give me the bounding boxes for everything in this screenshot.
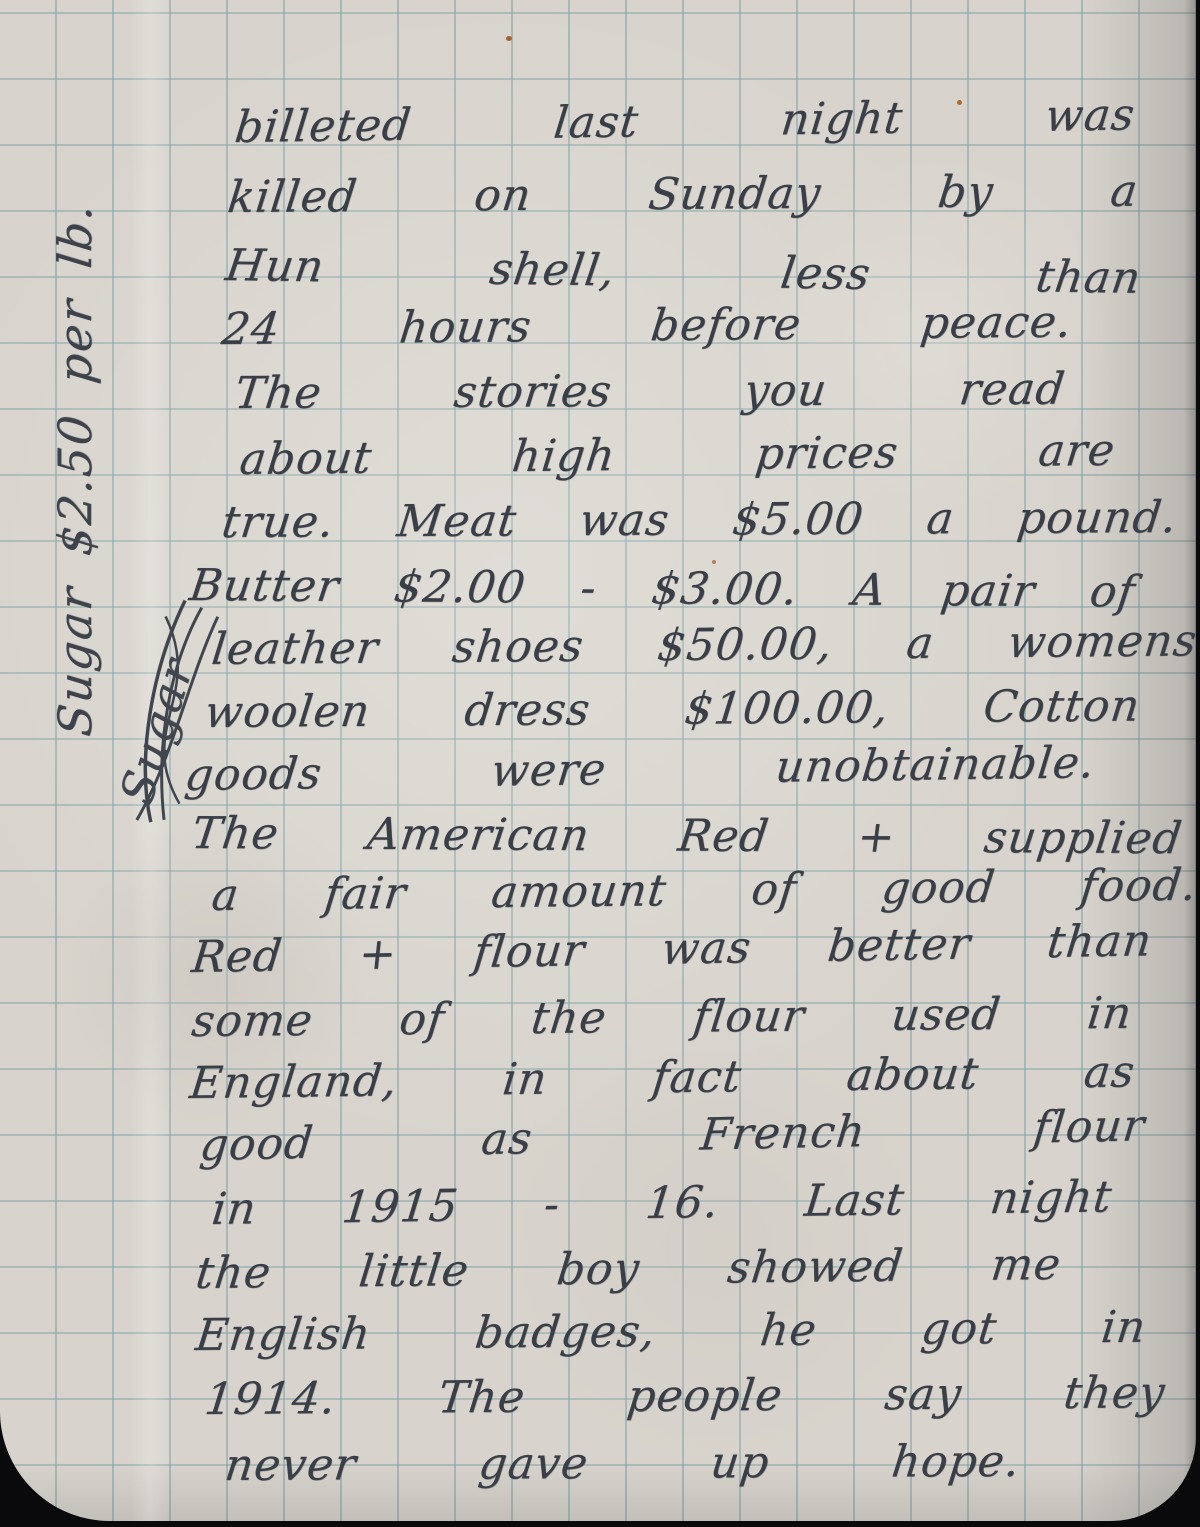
handwriting-line: The American Red + supplied (188, 806, 1185, 867)
handwriting-line: some of the flour used in (189, 986, 1135, 1050)
handwriting-line: The stories you read (232, 362, 1069, 422)
handwriting-line: leather shoes $50.00, a womens (209, 613, 1196, 678)
handwriting-line: about high prices are (237, 423, 1118, 488)
handwriting-line: 1914. The people say they (202, 1365, 1168, 1428)
handwriting-line: 24 hours before peace. (219, 295, 1075, 358)
paper-speck (506, 36, 512, 41)
handwriting-line: the little boy showed me (193, 1237, 1064, 1302)
handwriting-line: Butter $2.00 - $3.00. A pair of (186, 558, 1138, 621)
handwriting-line: woolen dress $100.00, Cotton (202, 678, 1143, 741)
notebook-page: Sugar $2.50 per lb. Sugar billeted last … (0, 0, 1196, 1521)
handwriting-line: never gave up hope. (222, 1434, 1024, 1494)
photo-backdrop: Sugar $2.50 per lb. Sugar billeted last … (0, 0, 1200, 1527)
margin-note: Sugar $2.50 per lb. (48, 81, 112, 860)
handwriting-line: English badges, he got in (193, 1300, 1149, 1364)
handwriting-line: killed on Sunday by a (225, 164, 1141, 226)
handwriting-line: true. Meat was $5.00 a pound. (219, 490, 1181, 551)
margin-note-text: Sugar $2.50 per lb. (48, 200, 102, 739)
